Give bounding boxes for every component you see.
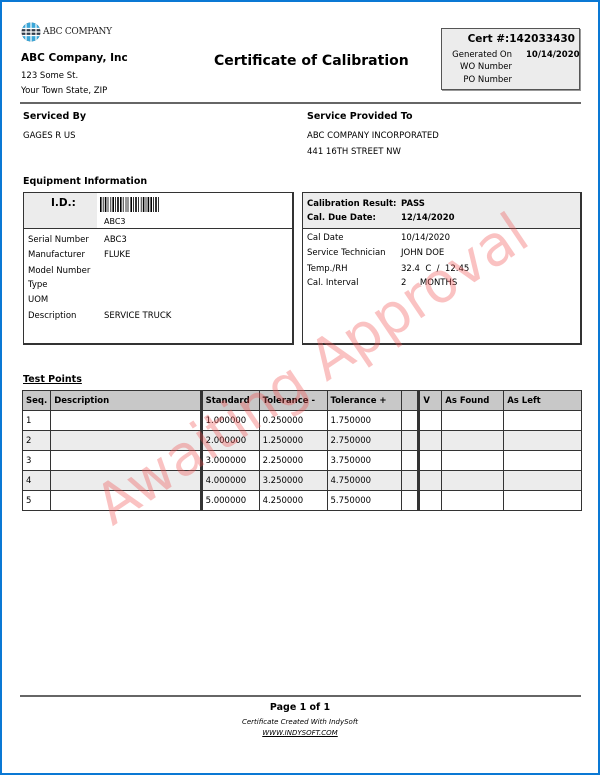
manufacturer-value: FLUKE [104,250,130,260]
table-cell [504,431,582,451]
table-cell: 3.750000 [327,451,402,471]
column-header-as-left: As Left [504,391,582,411]
header-divider [20,102,581,104]
table-cell [419,491,442,511]
column-header-seq: Seq. [23,391,51,411]
manufacturer-label: Manufacturer [28,250,85,260]
table-cell: 5.750000 [327,491,402,511]
page-number: Page 1 of 1 [2,702,598,713]
table-cell [419,411,442,431]
table-row: 11.0000000.2500001.750000 [23,411,582,431]
column-header-v: V [419,391,442,411]
calibration-result-value: PASS [401,199,425,209]
model-number-label: Model Number [28,266,90,276]
test-points-heading: Test Points [23,374,82,385]
certificate-info-box: Cert #:142033430 Generated On 10/14/2020… [441,28,580,90]
table-cell [442,491,504,511]
barcode-value: ABC3 [104,217,126,226]
cal-due-date-label: Cal. Due Date: [307,213,376,223]
company-name: ABC Company, Inc [21,52,128,64]
table-cell: 1 [23,411,51,431]
equipment-id-row: I.D.: ABC3 [24,193,292,229]
table-cell [51,451,201,471]
column-header-blank [402,391,419,411]
certificate-page: ABC COMPANY ABC Company, Inc 123 Some St… [0,0,600,775]
table-cell [442,471,504,491]
wo-number-label: WO Number [446,62,512,72]
table-cell: 4 [23,471,51,491]
table-cell [442,431,504,451]
po-number-label: PO Number [446,75,512,85]
id-label: I.D.: [51,197,76,209]
column-header-tolerance: Tolerance + [327,391,402,411]
table-row: 44.0000003.2500004.750000 [23,471,582,491]
created-with-text: Certificate Created With IndySoft [2,718,598,726]
column-header-tolerance: Tolerance - [259,391,327,411]
generated-on-value: 10/14/2020 [526,50,580,60]
table-cell [504,471,582,491]
table-cell [504,411,582,431]
uom-label: UOM [28,295,48,305]
logo-text: ABC COMPANY [43,27,112,37]
temp-rh-label: Temp./RH [307,264,348,274]
globe-icon [21,22,41,42]
table-row: 55.0000004.2500005.750000 [23,491,582,511]
table-cell: 4.250000 [259,491,327,511]
table-cell: 4.750000 [327,471,402,491]
test-points-header-row: Seq.DescriptionStandardTolerance -Tolera… [23,391,582,411]
table-cell: 5.000000 [201,491,259,511]
table-cell [402,411,419,431]
cal-interval-value: 2 MONTHS [401,278,457,288]
table-cell [419,471,442,491]
footer-divider [20,695,581,697]
service-provided-to-heading: Service Provided To [307,111,413,122]
table-cell: 1.750000 [327,411,402,431]
page-title: Certificate of Calibration [214,53,409,69]
serial-number-label: Serial Number [28,235,89,245]
table-cell: 3.250000 [259,471,327,491]
temp-rh-value: 32.4 C / 12.45 [401,264,469,274]
cal-date-value: 10/14/2020 [401,233,450,243]
table-cell: 0.250000 [259,411,327,431]
table-cell [419,431,442,451]
equipment-info-heading: Equipment Information [23,176,147,187]
table-row: 33.0000002.2500003.750000 [23,451,582,471]
table-cell: 1.250000 [259,431,327,451]
table-cell [442,451,504,471]
type-label: Type [28,280,48,290]
column-header-description: Description [51,391,201,411]
barcode-icon [100,197,169,212]
table-cell [402,491,419,511]
cal-interval-label: Cal. Interval [307,278,358,288]
serviced-by-heading: Serviced By [23,111,86,122]
calibration-info-box: Calibration Result: PASS Cal. Due Date: … [302,192,582,345]
table-cell [504,491,582,511]
service-technician-value: JOHN DOE [401,248,444,258]
calibration-result-label: Calibration Result: [307,199,396,209]
table-cell: 2 [23,431,51,451]
company-logo: ABC COMPANY [21,22,112,42]
cert-number: Cert #:142033430 [468,33,575,45]
table-cell: 4.000000 [201,471,259,491]
column-header-as-found: As Found [442,391,504,411]
column-header-standard: Standard [201,391,259,411]
test-points-table: Seq.DescriptionStandardTolerance -Tolera… [22,390,582,511]
generated-on-label: Generated On [446,50,512,60]
service-technician-label: Service Technician [307,248,386,258]
table-cell: 2.750000 [327,431,402,451]
description-label: Description [28,311,76,321]
table-cell [419,451,442,471]
description-value: SERVICE TRUCK [104,311,171,321]
table-cell [402,431,419,451]
table-cell [402,471,419,491]
table-row: 22.0000001.2500002.750000 [23,431,582,451]
table-cell [51,471,201,491]
table-cell: 5 [23,491,51,511]
company-address-line1: 123 Some St. [21,71,78,81]
calibration-result-header: Calibration Result: PASS Cal. Due Date: … [303,193,580,229]
table-cell [51,431,201,451]
id-label-cell: I.D.: [24,193,97,228]
serviced-by-name: GAGES R US [23,131,76,141]
customer-address: 441 16TH STREET NW [307,147,401,157]
table-cell: 3 [23,451,51,471]
table-cell: 3.000000 [201,451,259,471]
cal-date-label: Cal Date [307,233,344,243]
cal-due-date-value: 12/14/2020 [401,213,455,223]
table-cell [504,451,582,471]
table-cell: 2.250000 [259,451,327,471]
table-cell [51,491,201,511]
customer-name: ABC COMPANY INCORPORATED [307,131,439,141]
table-cell [442,411,504,431]
company-address-line2: Your Town State, ZIP [21,86,107,96]
indysoft-website-link[interactable]: WWW.INDYSOFT.COM [2,729,598,737]
table-cell [51,411,201,431]
table-cell: 1.000000 [201,411,259,431]
equipment-info-box: I.D.: ABC3 Serial Number ABC3 Manufactur… [23,192,294,345]
serial-number-value: ABC3 [104,235,127,245]
table-cell: 2.000000 [201,431,259,451]
table-cell [402,451,419,471]
